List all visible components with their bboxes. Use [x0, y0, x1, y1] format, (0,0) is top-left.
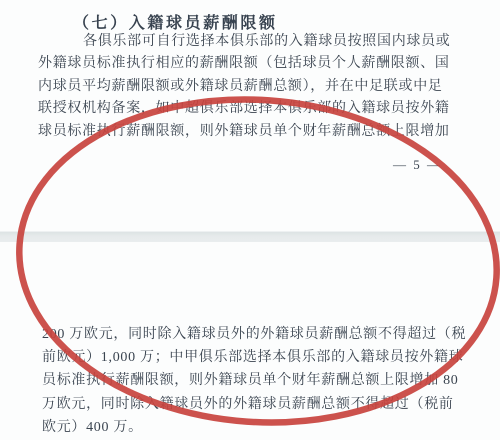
text-line: 欧元）400 万。: [42, 416, 462, 439]
text-line: 员标准执行薪酬限额，则外籍球员单个财年薪酬总额上限增加 80: [42, 369, 462, 392]
text-line: 球员标准执行薪酬限额，则外籍球员单个财年薪酬总额上限增加: [38, 121, 458, 143]
text-line: 200 万欧元，同时除入籍球员外的外籍球员薪酬总额不得超过（税: [42, 323, 462, 346]
section-heading: （七）入籍球员薪酬限额: [73, 10, 278, 33]
text-line: 前欧元）1,000 万；中甲俱乐部选择本俱乐部的入籍球员按外籍球: [42, 346, 462, 369]
page-break-band: [0, 231, 500, 242]
text-line: 联授权机构备案，如中超俱乐部选择本俱乐部的入籍球员按外籍: [38, 98, 458, 120]
page-number: — 5 —: [393, 157, 442, 173]
text-line: 内球员平均薪酬限额或外籍球员薪酬总额），并在中足联或中足: [38, 76, 458, 98]
paragraph-bottom: 200 万欧元，同时除入籍球员外的外籍球员薪酬总额不得超过（税 前欧元）1,00…: [42, 323, 462, 439]
paragraph-top: 各俱乐部可自行选择本俱乐部的入籍球员按照国内球员或 外籍球员标准执行相应的薪酬限…: [38, 31, 458, 143]
text-line: 万欧元，同时除入籍球员外的外籍球员薪酬总额不得超过（税前: [42, 393, 462, 416]
text-line: 各俱乐部可自行选择本俱乐部的入籍球员按照国内球员或: [38, 31, 458, 53]
text-line: 外籍球员标准执行相应的薪酬限额（包括球员个人薪酬限额、国: [38, 53, 458, 75]
document-page: （七）入籍球员薪酬限额 各俱乐部可自行选择本俱乐部的入籍球员按照国内球员或 外籍…: [0, 0, 500, 440]
